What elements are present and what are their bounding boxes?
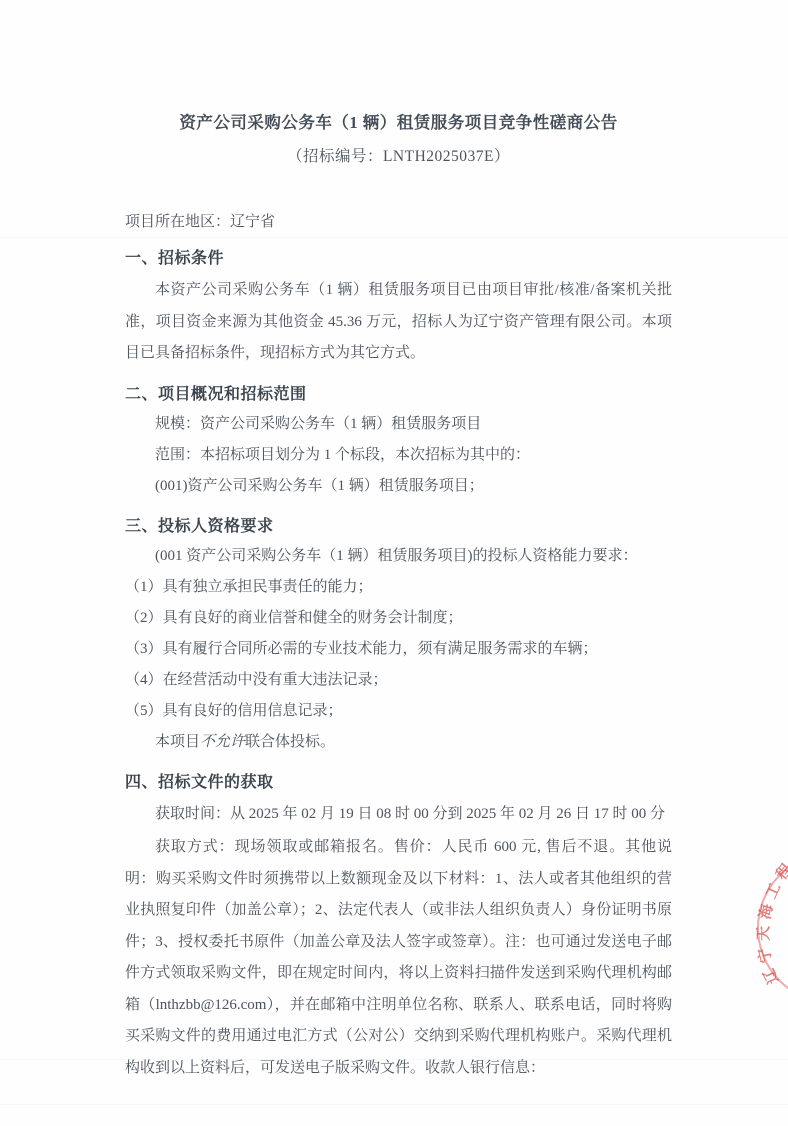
qualification-item: （5）具有良好的信用信息记录； (125, 696, 672, 727)
scan-artifact-line (0, 1059, 788, 1060)
qualification-item: （4）在经营活动中没有重大违法记录； (125, 665, 672, 696)
section2-scope-line: 范围：本招标项目划分为 1 个标段，本次招标为其中的： (125, 440, 672, 471)
scan-artifact-line (0, 237, 788, 238)
scan-artifact-line (0, 1104, 788, 1105)
qualification-item: （1）具有独立承担民事责任的能力； (125, 572, 672, 603)
section4-heading: 四、招标文件的获取 (125, 769, 672, 797)
consortium-note-emphasis: 不允许 (200, 734, 245, 750)
consortium-note: 本项目不允许联合体投标。 (125, 727, 672, 758)
consortium-note-suffix: 联合体投标。 (245, 734, 335, 750)
bid-number: （招标编号：LNTH2025037E） (125, 146, 672, 168)
project-region: 项目所在地区：辽宁省 (125, 210, 672, 234)
qualification-item: （3）具有履行合同所必需的专业技术能力，须有满足服务需求的车辆； (125, 634, 672, 665)
section2-heading: 二、项目概况和招标范围 (125, 381, 672, 409)
qualification-item: （2）具有良好的商业信誉和健全的财务会计制度； (125, 603, 672, 634)
page-title: 资产公司采购公务车（1 辆）租赁服务项目竞争性磋商公告 (125, 112, 672, 134)
section3-heading: 三、投标人资格要求 (125, 513, 672, 541)
official-seal-char: 天 (752, 926, 773, 941)
section2-scale-line: 规模：资产公司采购公务车（1 辆）租赁服务项目 (125, 409, 672, 440)
section3-intro: (001 资产公司采购公务车（1 辆）租赁服务项目)的投标人资格能力要求： (125, 541, 672, 572)
section4-time-line: 获取时间：从 2025 年 02 月 19 日 08 时 00 分到 2025 … (125, 799, 672, 831)
section1-heading: 一、招标条件 (125, 245, 672, 273)
document-body: 资产公司采购公务车（1 辆）租赁服务项目竞争性磋商公告 （招标编号：LNTH20… (125, 112, 672, 1084)
section2-lot-line: (001)资产公司采购公务车（1 辆）租赁服务项目； (125, 471, 672, 502)
section1-paragraph: 本资产公司采购公务车（1 辆）租赁服务项目已由项目审批/核准/备案机关批准，项目… (125, 275, 672, 370)
document-page: 资产公司采购公务车（1 辆）租赁服务项目竞争性磋商公告 （招标编号：LNTH20… (0, 0, 788, 1126)
consortium-note-prefix: 本项目 (155, 734, 200, 750)
section4-method-paragraph: 获取方式：现场领取或邮箱报名。售价：人民币 600 元, 售后不退。其他说明：购… (125, 832, 672, 1084)
